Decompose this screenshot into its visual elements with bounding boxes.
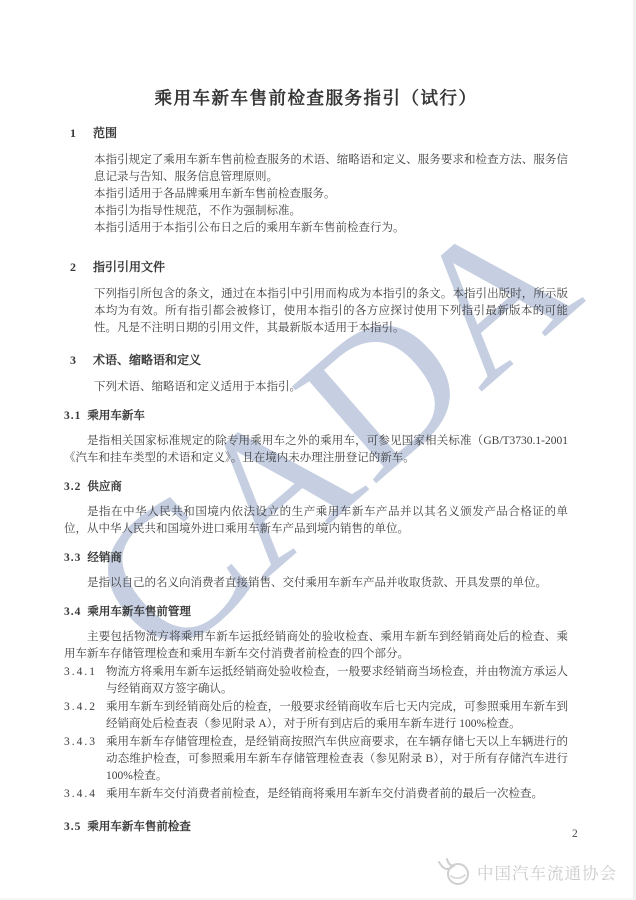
list-item-3-4-1: 3.4.1物流方将乘用车新车运抵经销商处验收检查，一般要求经销商当场检查，并由物… (64, 664, 568, 698)
subsection-title: 乘用车新车售前检查 (87, 821, 191, 833)
subsection-3-2-body: 是指在中华人民共和国境内依法设立的生产乘用车新车产品并以其名义颁发产品合格证的单… (64, 504, 568, 538)
document-page: CADA 乘用车新车售前检查服务指引（试行） 1范围 本指引规定了乘用车新车售前… (0, 0, 636, 900)
section-2-body: 下列指引所包含的条文，通过在本指引中引用而构成为本指引的条文。本指引出版时，所示… (94, 286, 568, 337)
section-title: 术语、缩略语和定义 (93, 353, 201, 367)
item-number: 3.4.3 (64, 734, 97, 751)
subsection-3-3-heading: 3.3经销商 (64, 550, 568, 567)
item-text: 乘用车新车存储管理检查，是经销商按照汽车供应商要求，在车辆存储七天以上车辆进行的… (106, 736, 568, 782)
subsection-3-1-body: 是指相关国家标准规定的除专用乘用车之外的乘用车，可参见国家相关标准（GB/T37… (64, 433, 568, 467)
subsection-3-4-heading: 3.4乘用车新车售前管理 (64, 604, 568, 621)
section-1-heading: 1范围 (64, 125, 568, 142)
subsection-3-5-heading: 3.5乘用车新车售前检查 (64, 819, 568, 836)
paragraph: 本指引规定了乘用车新车售前检查服务的术语、缩略语和定义、服务要求和检查方法、服务… (94, 152, 568, 186)
subsection-number: 3.2 (64, 481, 81, 493)
section-3-body: 下列术语、缩略语和定义适用于本指引。 (94, 379, 568, 396)
section-1-body: 本指引规定了乘用车新车售前检查服务的术语、缩略语和定义、服务要求和检查方法、服务… (94, 152, 568, 237)
subsection-title: 乘用车新车 (87, 410, 145, 422)
section-3-heading: 3术语、缩略语和定义 (64, 352, 568, 369)
list-item-3-4-4: 3.4.4乘用车新车交付消费者前检查，是经销商将乘用车新车交付消费者前的最后一次… (64, 786, 568, 803)
section-title: 范围 (93, 126, 117, 140)
subsection-3-1-heading: 3.1乘用车新车 (64, 408, 568, 425)
list-item-3-4-2: 3.4.2乘用车新车到经销商处后的检查，一般要求经销商收车后七天内完成，可参照乘… (64, 699, 568, 733)
document-title: 乘用车新车售前检查服务指引（试行） (64, 86, 568, 110)
subsection-3-4-body: 主要包括物流方将乘用车新车运抵经销商处的验收检查、乘用车新车到经销商处后的检查、… (64, 629, 568, 663)
paragraph: 本指引适用于各品牌乘用车新车售前检查服务。 (94, 186, 568, 203)
subsection-number: 3.3 (64, 552, 81, 564)
footer-brand: 中国汽车流通协会 (436, 856, 617, 888)
section-title: 指引引用文件 (93, 260, 165, 274)
item-text: 乘用车新车到经销商处后的检查，一般要求经销商收车后七天内完成，可参照乘用车新车到… (106, 701, 568, 730)
paragraph: 下列术语、缩略语和定义适用于本指引。 (94, 379, 568, 396)
item-text: 物流方将乘用车新车运抵经销商处验收检查，一般要求经销商当场检查，并由物流方承运人… (106, 666, 568, 695)
section-2-heading: 2指引引用文件 (64, 259, 568, 276)
subsection-title: 供应商 (87, 481, 122, 493)
subsection-number: 3.1 (64, 410, 81, 422)
paragraph: 本指引为指导性规范，不作为强制标准。 (94, 203, 568, 220)
subsection-title: 经销商 (87, 552, 122, 564)
section-number: 1 (64, 125, 93, 142)
footer-org-name: 中国汽车流通协会 (477, 860, 617, 884)
subsection-3-2-heading: 3.2供应商 (64, 479, 568, 496)
page-number: 2 (572, 828, 578, 840)
subsection-number: 3.5 (64, 821, 81, 833)
item-text: 乘用车新车交付消费者前检查，是经销商将乘用车新车交付消费者前的最后一次检查。 (106, 788, 543, 800)
subsection-title: 乘用车新车售前管理 (87, 606, 191, 618)
item-number: 3.4.2 (64, 699, 97, 716)
subsection-3-3-body: 是指以自己的名义向消费者直接销售、交付乘用车新车产品并收取货款、开具发票的单位。 (64, 575, 568, 592)
item-number: 3.4.4 (64, 786, 97, 803)
cada-logo-icon (436, 856, 472, 888)
document-content: 乘用车新车售前检查服务指引（试行） 1范围 本指引规定了乘用车新车售前检查服务的… (64, 0, 568, 844)
subsection-number: 3.4 (64, 606, 81, 618)
item-number: 3.4.1 (64, 664, 97, 681)
section-number: 3 (64, 352, 93, 369)
paragraph: 本指引适用于本指引公布日之后的乘用车新车售前检查行为。 (94, 220, 568, 237)
section-number: 2 (64, 259, 93, 276)
list-item-3-4-3: 3.4.3乘用车新车存储管理检查，是经销商按照汽车供应商要求，在车辆存储七天以上… (64, 734, 568, 785)
paragraph: 下列指引所包含的条文，通过在本指引中引用而构成为本指引的条文。本指引出版时，所示… (94, 286, 568, 337)
